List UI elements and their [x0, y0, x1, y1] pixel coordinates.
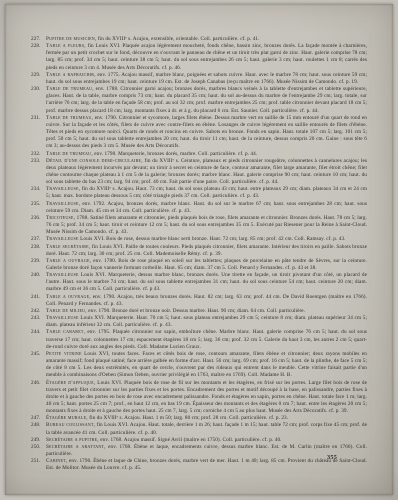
- entry-title: Tricoteuse,: [46, 215, 75, 221]
- entry-number: 228.: [31, 43, 46, 50]
- entry-body: fin Louis XVI. Acajou. Haut. totale, der…: [46, 422, 367, 435]
- catalog-entry: 233.Détail d'une console demi-circulaire…: [31, 158, 367, 187]
- entry-body: env. 1790. Acajou, très beaux bronzes do…: [46, 294, 367, 307]
- entry-title: Table de trumeau,: [46, 86, 94, 92]
- catalog-entry: 244.Table cabaret, env. 1795. Plaquée ci…: [31, 329, 367, 350]
- entry-number: 230.: [31, 86, 46, 93]
- entry-title: Table a ouvrage,: [46, 294, 91, 300]
- entry-title: Étagère d'applique,: [46, 380, 96, 386]
- entry-title: Détail d'une console demi-circulaire,: [46, 158, 143, 164]
- catalog-entry: 237.Travailleuse Louis XVI. Bois de rose…: [31, 236, 367, 243]
- entry-body: env. 1790. Bronze doré et bronze noir. D…: [88, 308, 305, 314]
- entry-body: 1788. Satiné filets amarante et citronni…: [46, 215, 367, 235]
- catalog-entry: 232.Table de trumeau, env. 1790. Marquet…: [31, 151, 367, 158]
- scanned-photo-background: 227.Pupitre de musicien, fin du XVIIIᵉ s…: [0, 0, 398, 500]
- entry-number: 251.: [31, 458, 46, 465]
- entry-title: Table a ouvrage,: [46, 258, 91, 264]
- entry-number: 233.: [31, 158, 46, 165]
- entry-body: Louis XVI. Bois de rose, dessus marbre b…: [80, 236, 345, 242]
- entry-number: 249.: [31, 437, 46, 444]
- entry-body: fin Louis XVI. Plaquée acajou légèrement…: [46, 43, 367, 70]
- entry-title: Pupitre de musicien,: [46, 36, 96, 42]
- entry-title: Travailleuse,: [46, 201, 80, 207]
- entry-number: 247.: [31, 415, 46, 422]
- entry-number: 239.: [31, 258, 46, 265]
- catalog-entry: 234.Travailleuse, fin du XVIIIᵉ s. Acajo…: [31, 186, 367, 200]
- entry-title: Table secrétaire,: [46, 244, 90, 250]
- book-page: 227.Pupitre de musicien, fin du XVIIIᵉ s…: [5, 4, 393, 495]
- catalog-entry: 236.Tricoteuse, 1788. Satiné filets amar…: [31, 215, 367, 236]
- entry-title: Travailleuse: [46, 315, 79, 321]
- catalog-entry: 249.Secrétaire a pupitre, env. 1768. Aca…: [31, 437, 367, 444]
- entry-title: Cabinet,: [46, 458, 67, 464]
- catalog-entry: 240.Travailleuse Louis XVI. Marqueterie,…: [31, 272, 367, 293]
- entry-number: 237.: [31, 236, 46, 243]
- entry-title: Table cabaret,: [46, 329, 85, 335]
- entry-body: env. 1790. Citronnier et sycomore, large…: [46, 115, 367, 150]
- entry-title: Table de trumeau,: [46, 151, 93, 157]
- entry-body: env. 1795. Plaquée citronnier sur sapin,…: [46, 329, 367, 349]
- entry-number: 238.: [31, 244, 46, 251]
- entry-title: Secrétaire a abattant,: [46, 444, 106, 450]
- catalog-entry: 238.Table secrétaire, fin Louis XVI. Pai…: [31, 244, 367, 258]
- entry-title: Table de trumeau,: [46, 115, 93, 121]
- entry-number: 250.: [31, 444, 46, 451]
- entry-number: 229.: [31, 72, 46, 79]
- entry-body: Louis XVI. Marqueterie, dessus marbre bl…: [46, 272, 367, 292]
- entry-number: 248.: [31, 422, 46, 429]
- entry-number: 232.: [31, 151, 46, 158]
- catalog-entry: 251.Cabinet, env. 1790. Ébène et laque d…: [31, 458, 367, 472]
- entry-number: 231.: [31, 115, 46, 122]
- entry-number: 242.: [31, 308, 46, 315]
- entry-number: 244.: [31, 329, 46, 336]
- entry-title: Travailleuse: [46, 272, 79, 278]
- catalog-entry: 230.Table de trumeau, env. 1788. Citronn…: [31, 86, 367, 115]
- entry-number: 235.: [31, 201, 46, 208]
- entry-number: 227.: [31, 36, 46, 43]
- catalog-entry: 245.Petite vitrine Louis XVI, toutes fac…: [31, 351, 367, 380]
- catalog-entry: 243.Travailleuse Louis XVI. Marqueterie.…: [31, 315, 367, 329]
- entry-body: fin du XVIIIᵉ s. Acajou. Haut. 1 m 50; l…: [89, 415, 288, 421]
- entry-number: 245.: [31, 351, 46, 358]
- entry-number: 240.: [31, 272, 46, 279]
- entry-body: fin du XVIIIᵉ s. Acajou, extensible, ori…: [98, 36, 260, 42]
- entry-list: 227.Pupitre de musicien, fin du XVIIIᵉ s…: [31, 36, 367, 473]
- entry-body: env. 1790. Ébène et laque de Chine, bron…: [46, 458, 367, 471]
- entry-title: Table a fleurs,: [46, 43, 86, 49]
- entry-body: env. 1788. Citronnier garni acajou; bron…: [46, 86, 367, 113]
- entry-number: 236.: [31, 215, 46, 222]
- catalog-entry: 248.Bureau coulissant, fin Louis XVI. Ac…: [31, 422, 367, 436]
- entry-body: env. 1792. Acajou, bronzes dorés, marbre…: [46, 201, 367, 214]
- catalog-entry: 235.Travailleuse, env. 1792. Acajou, bro…: [31, 201, 367, 215]
- catalog-entry: 229.Table a rafraichir, env. 1775. Acajo…: [31, 72, 367, 86]
- entry-title: Table a rafraichir,: [46, 72, 96, 78]
- entry-number: 243.: [31, 315, 46, 322]
- entry-title: Bureau coulissant,: [46, 422, 95, 428]
- entry-body: env. 1780. Bois de rose plaqué en soleil…: [46, 258, 367, 271]
- catalog-entry: 239.Table a ouvrage, env. 1780. Bois de …: [31, 258, 367, 272]
- entry-title: Secrétaire a pupitre,: [46, 437, 99, 443]
- entry-number: 234.: [31, 186, 46, 193]
- page-number: 355: [327, 454, 337, 461]
- entry-body: env. 1790. Marqueterie, bronzes dorés, m…: [94, 151, 257, 157]
- entry-title: Étagère murale,: [46, 415, 88, 421]
- entry-number: 241.: [31, 294, 46, 301]
- entry-title: Travailleuse: [46, 236, 79, 242]
- catalog-entry: 241.Table a ouvrage, env. 1790. Acajou, …: [31, 294, 367, 308]
- entry-title: Travailleuse,: [46, 186, 80, 192]
- entry-body: Louis XVI. Marqueterie. Haut. 70 cm 5; h…: [46, 315, 367, 328]
- catalog-entry: 242.Table de milieu, env. 1790. Bronze d…: [31, 308, 367, 315]
- entry-body: Louis XVI, toutes faces. Faces et côtés …: [46, 351, 367, 378]
- entry-number: 246.: [31, 380, 46, 387]
- catalog-entry: 228.Table a fleurs, fin Louis XVI. Plaqu…: [31, 43, 367, 72]
- entry-body: fin du XVIIIᵉ s. Acajou. Haut. 73 cm; ha…: [46, 186, 367, 199]
- catalog-entry: 231.Table de trumeau, env. 1790. Citronn…: [31, 115, 367, 151]
- entry-title: Petite vitrine: [46, 351, 82, 357]
- entry-body: fin Louis XVI. Paille de toutes couleurs…: [46, 244, 367, 257]
- entry-body: env. 1768. Acajou massif. Signé Avril (m…: [100, 437, 281, 443]
- entry-title: Table de milieu,: [46, 308, 87, 314]
- catalog-entry: 250.Secrétaire a abattant, env. 1768. Éb…: [31, 444, 367, 458]
- catalog-entry: 246.Étagère d'applique, Louis XVI. Plaqu…: [31, 380, 367, 416]
